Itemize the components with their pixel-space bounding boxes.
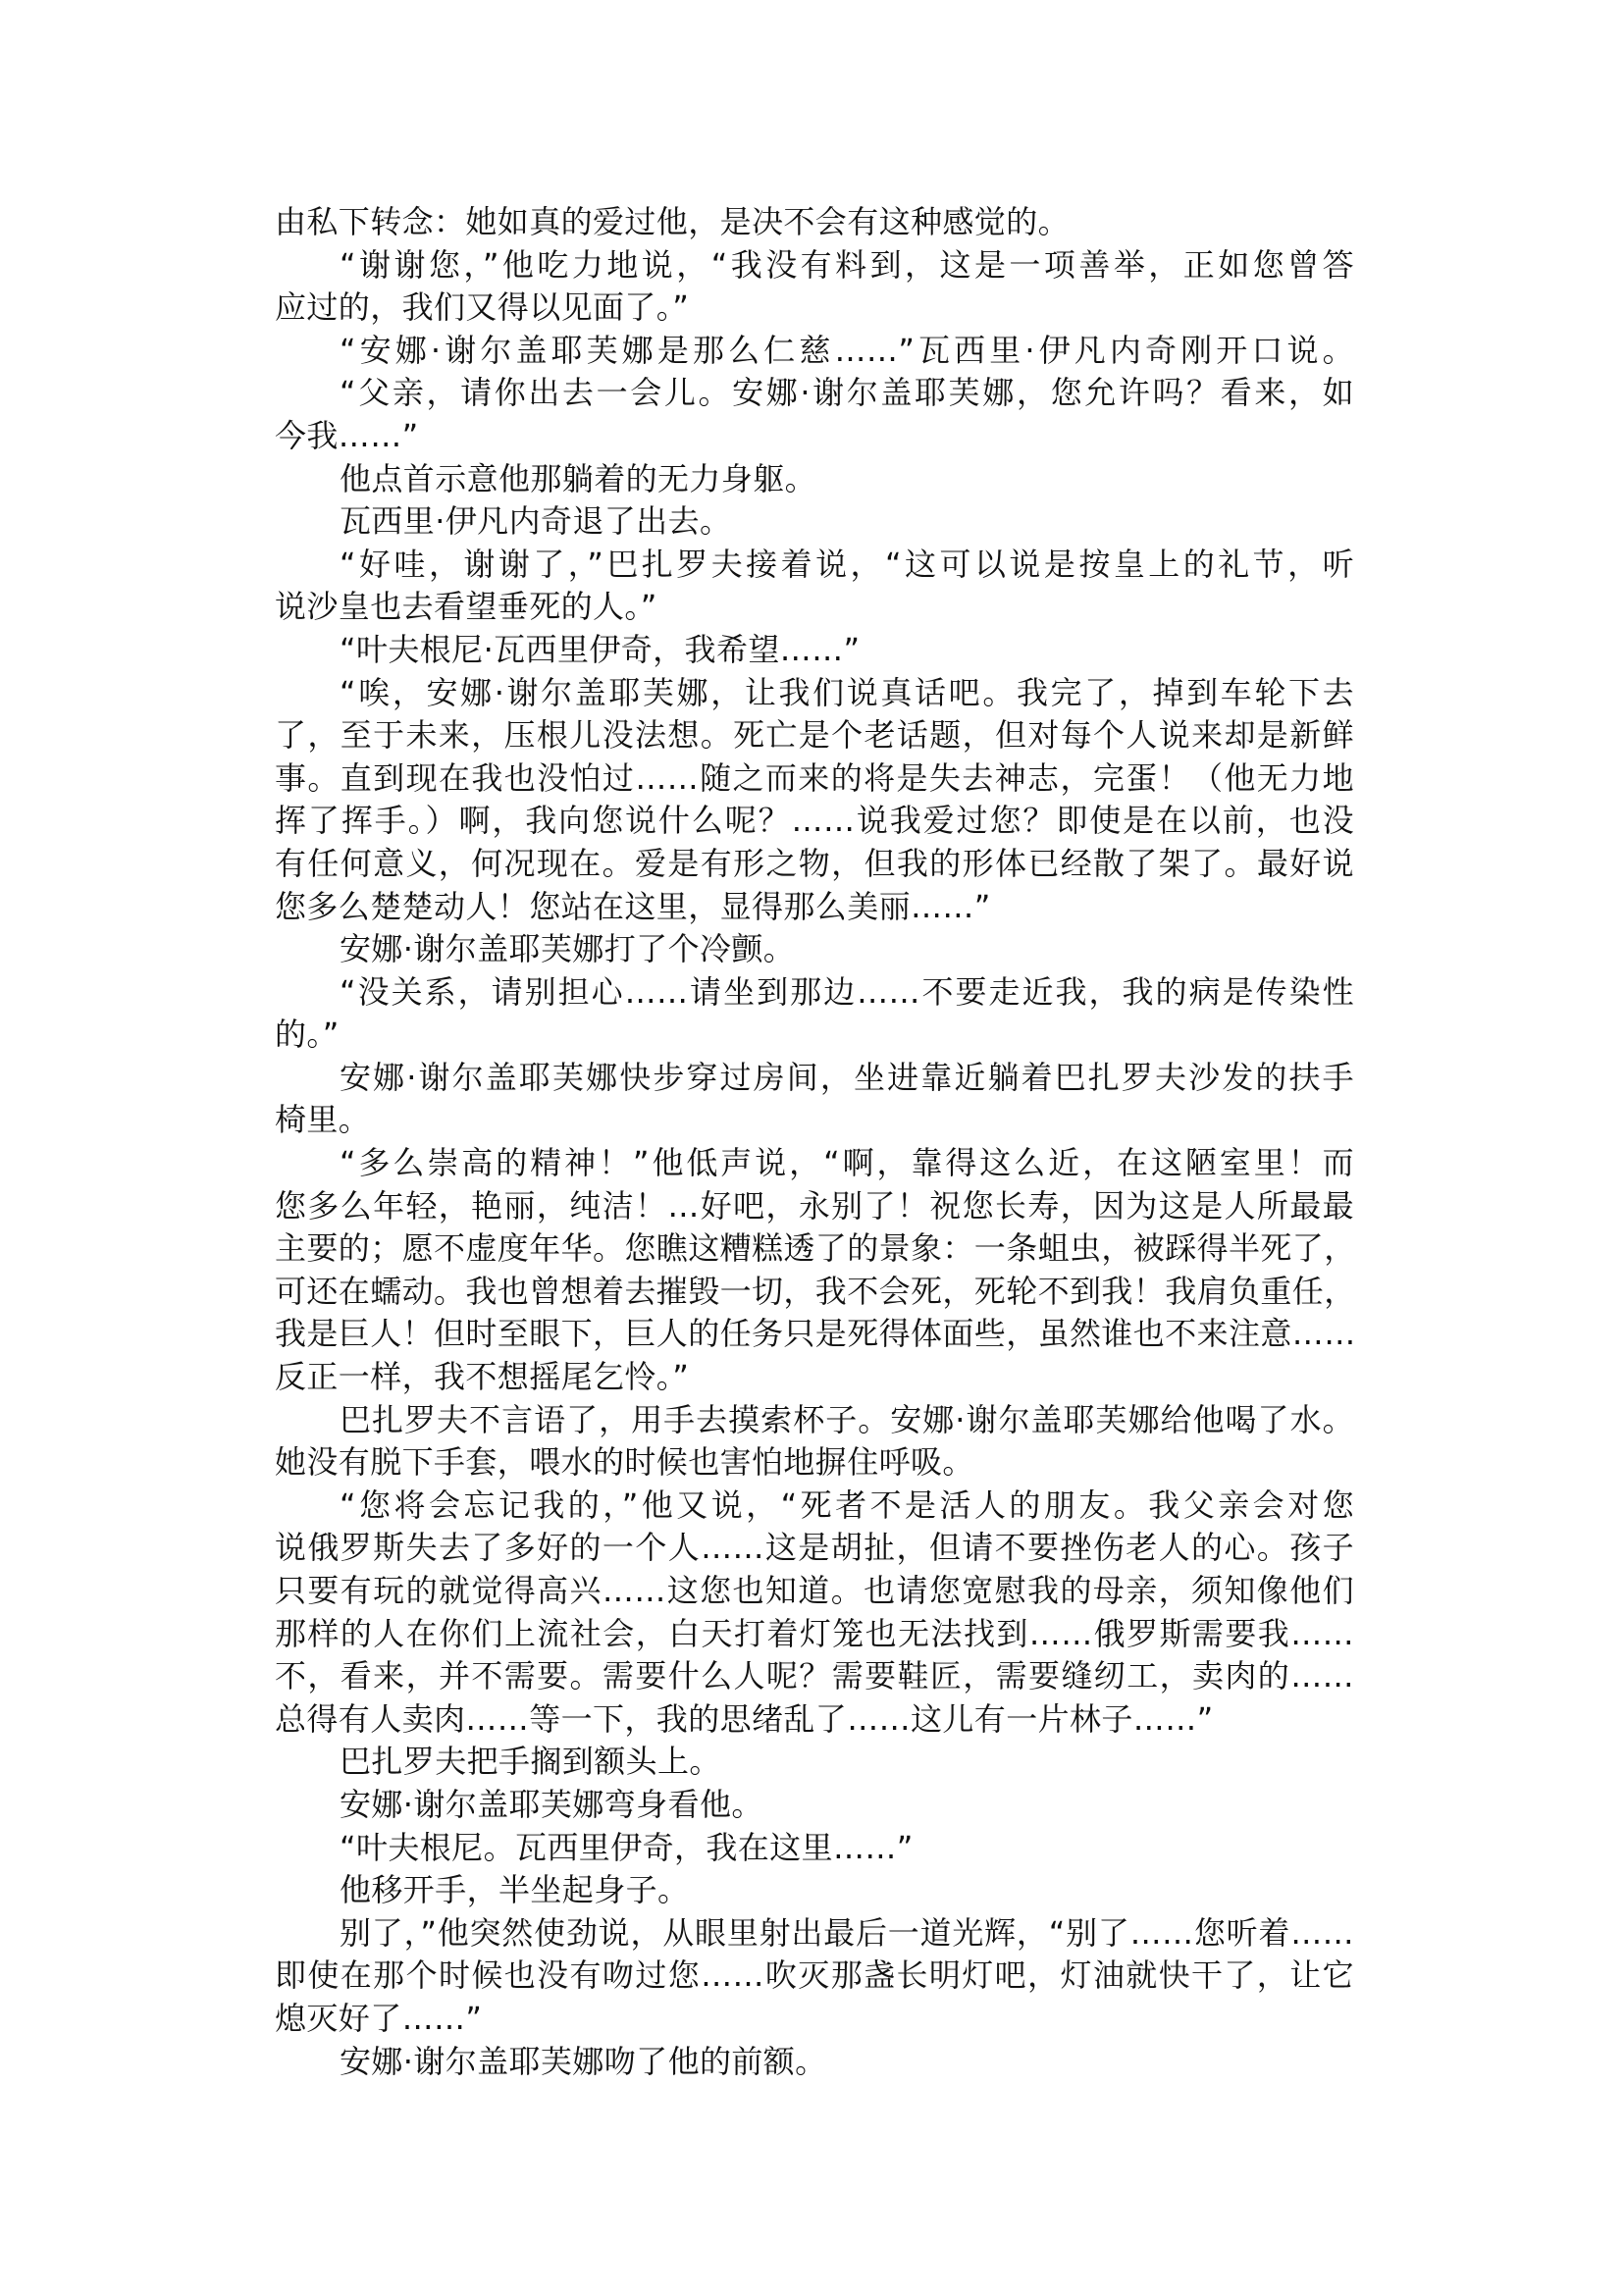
text-line: 说俄罗斯失去了多好的一个人……这是胡扯，但请不要挫伤老人的心。孩子	[275, 1527, 1354, 1570]
text-line: “父亲，请你出去一会儿。安娜·谢尔盖耶芙娜，您允许吗？看来，如	[275, 372, 1354, 415]
text-line: 安娜·谢尔盖耶芙娜吻了他的前额。	[275, 2041, 1354, 2084]
text-line: 有任何意义，何况现在。爱是有形之物，但我的形体已经散了架了。最好说	[275, 843, 1354, 886]
text-line: “谢谢您，”他吃力地说，“我没有料到，这是一项善举，正如您曾答	[275, 244, 1354, 287]
text-line: “安娜·谢尔盖耶芙娜是那么仁慈……”瓦西里·伊凡内奇刚开口说。	[275, 330, 1354, 373]
text-line: “没关系，请别担心……请坐到那边……不要走近我，我的病是传染性	[275, 971, 1354, 1015]
text-line: 了，至于未来，压根儿没法想。死亡是个老话题，但对每个人说来却是新鲜	[275, 714, 1354, 757]
text-line: “叶夫根尼·瓦西里伊奇，我希望……”	[275, 629, 1354, 672]
text-line: 可还在蠕动。我也曾想着去摧毁一切，我不会死，死轮不到我！我肩负重任，	[275, 1271, 1354, 1314]
text-line: 应过的，我们又得以见面了。”	[275, 287, 1354, 330]
text-line: 她没有脱下手套，喂水的时候也害怕地摒住呼吸。	[275, 1441, 1354, 1485]
text-line: 主要的；愿不虚度年华。您瞧这糟糕透了的景象：一条蛆虫，被踩得半死了，	[275, 1227, 1354, 1271]
text-line: 别了，”他突然使劲说，从眼里射出最后一道光辉，“别了……您听着……	[275, 1912, 1354, 1955]
text-line: 总得有人卖肉……等一下，我的思绪乱了……这儿有一片林子……”	[275, 1698, 1354, 1742]
text-line: 由私下转念：她如真的爱过他，是决不会有这种感觉的。	[275, 201, 1354, 244]
text-line: 不，看来，并不需要。需要什么人呢？需要鞋匠，需要缝纫工，卖肉的……	[275, 1655, 1354, 1698]
text-line: 即使在那个时候也没有吻过您……吹灭那盏长明灯吧，灯油就快干了，让它	[275, 1955, 1354, 1998]
text-line: 您多么楚楚动人！您站在这里，显得那么美丽……”	[275, 886, 1354, 929]
text-line: 熄灭好了……”	[275, 1998, 1354, 2041]
text-line: 他点首示意他那躺着的无力身躯。	[275, 458, 1354, 501]
text-line: 安娜·谢尔盖耶芙娜弯身看他。	[275, 1784, 1354, 1827]
text-line: 我是巨人！但时至眼下，巨人的任务只是死得体面些，虽然谁也不来注意……	[275, 1313, 1354, 1356]
text-line: 您多么年轻，艳丽，纯洁！…好吧，永别了！祝您长寿，因为这是人所最最	[275, 1185, 1354, 1228]
text-line: 瓦西里·伊凡内奇退了出去。	[275, 500, 1354, 544]
text-line: “您将会忘记我的，”他又说，“死者不是活人的朋友。我父亲会对您	[275, 1485, 1354, 1528]
text-line: “多么崇高的精神！”他低声说，“啊，靠得这么近，在这陋室里！而	[275, 1142, 1354, 1185]
text-line: 巴扎罗夫把手搁到额头上。	[275, 1741, 1354, 1784]
text-line: “好哇，谢谢了，”巴扎罗夫接着说，“这可以说是按皇上的礼节，听	[275, 544, 1354, 587]
document-page: 由私下转念：她如真的爱过他，是决不会有这种感觉的。“谢谢您，”他吃力地说，“我没…	[275, 201, 1354, 2083]
text-line: 只要有玩的就觉得高兴……这您也知道。也请您宽慰我的母亲，须知像他们	[275, 1570, 1354, 1613]
text-line: 反正一样，我不想摇尾乞怜。”	[275, 1356, 1354, 1399]
text-line: 椅里。	[275, 1099, 1354, 1142]
text-line: 说沙皇也去看望垂死的人。”	[275, 586, 1354, 629]
text-line: “叶夫根尼。瓦西里伊奇，我在这里……”	[275, 1827, 1354, 1870]
text-line: 巴扎罗夫不言语了，用手去摸索杯子。安娜·谢尔盖耶芙娜给他喝了水。	[275, 1399, 1354, 1442]
text-line: 今我……”	[275, 415, 1354, 458]
text-line: 那样的人在你们上流社会，白天打着灯笼也无法找到……俄罗斯需要我……	[275, 1613, 1354, 1656]
text-line: 事。直到现在我也没怕过……随之而来的将是失去神志，完蛋！（他无力地	[275, 757, 1354, 801]
text-line: 他移开手，半坐起身子。	[275, 1869, 1354, 1912]
text-line: 安娜·谢尔盖耶芙娜快步穿过房间，坐进靠近躺着巴扎罗夫沙发的扶手	[275, 1057, 1354, 1100]
text-line: “唉，安娜·谢尔盖耶芙娜，让我们说真话吧。我完了，掉到车轮下去	[275, 672, 1354, 715]
text-line: 的。”	[275, 1014, 1354, 1057]
text-line: 挥了挥手。）啊，我向您说什么呢？……说我爱过您？即使是在以前，也没	[275, 800, 1354, 843]
text-line: 安娜·谢尔盖耶芙娜打了个冷颤。	[275, 928, 1354, 971]
